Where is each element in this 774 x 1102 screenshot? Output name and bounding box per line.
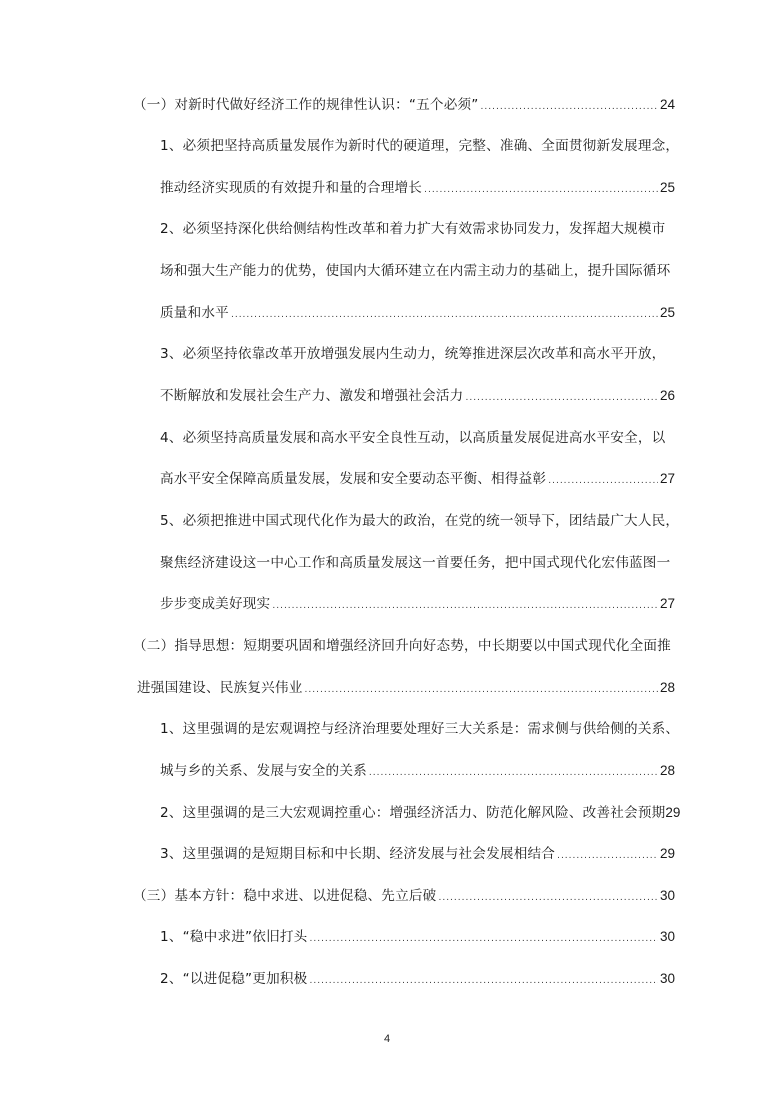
toc-entry-title: 步步变成美好现实 [160,593,270,615]
toc-entry-1-2-line-1[interactable]: 2、必须坚持深化供给侧结构性改革和着力扩大有效需求协同发力，发挥超大规模市 [160,218,675,240]
toc-entry-2-2[interactable]: 2、这里强调的是三大宏观调控重心：增强经济活力、防范化解风险、改善社会预期 29 [160,802,690,824]
toc-entry-title: 推动经济实现质的有效提升和量的合理增长 [160,177,422,199]
toc-page-number: 28 [660,760,675,782]
toc-page-number: 29 [665,802,680,824]
toc-entry-section-2-line-2[interactable]: 进强国建设、民族复兴伟业 28 [137,677,675,699]
toc-leader-dots [548,470,658,492]
toc-page-number: 24 [660,94,675,116]
toc-entry-3-2[interactable]: 2、“以进促稳”更加积极 30 [160,968,675,990]
toc-entry-title: 3、这里强调的是短期目标和中长期、经济发展与社会发展相结合 [160,843,555,865]
toc-entry-title: （三）基本方针：稳中求进、以进促稳、先立后破 [133,885,436,907]
toc-page-number: 27 [660,468,675,490]
toc-entry-2-1-line-1[interactable]: 1、这里强调的是宏观调控与经济治理要处理好三大关系是：需求侧与供给侧的关系、 [160,718,675,740]
toc-entry-title: 城与乡的关系、发展与安全的关系 [160,760,367,782]
toc-entry-3-1[interactable]: 1、“稳中求进”依旧打头 30 [160,926,675,948]
toc-page-number: 29 [660,843,675,865]
toc-entry-title: 聚焦经济建设这一中心工作和高质量发展这一首要任务，把中国式现代化宏伟蓝图一 [160,552,670,574]
toc-leader-dots [309,970,657,992]
toc-page-number: 25 [660,302,675,324]
toc-leader-dots [231,304,658,326]
toc-leader-dots [369,762,658,784]
toc-entry-2-3[interactable]: 3、这里强调的是短期目标和中长期、经济发展与社会发展相结合 29 [160,843,675,865]
toc-entry-title: （二）指导思想：短期要巩固和增强经济回升向好态势，中长期要以中国式现代化全面推 [133,635,671,657]
page-number-footer: 4 [0,1033,774,1045]
toc-page-number: 30 [660,926,675,948]
toc-page-number: 26 [660,385,675,407]
toc-entry-title: 5、必须把推进中国式现代化作为最大的政治，在党的统一领导下，团结最广大人民， [160,510,679,532]
toc-leader-dots [309,928,657,950]
toc-leader-dots [438,887,658,909]
toc-entry-title: 1、这里强调的是宏观调控与经济治理要处理好三大关系是：需求侧与供给侧的关系、 [160,718,679,740]
toc-entry-title: 高水平安全保障高质量发展，发展和安全要动态平衡、相得益彰 [160,468,546,490]
toc-entry-title: 2、必须坚持深化供给侧结构性改革和着力扩大有效需求协同发力，发挥超大规模市 [160,218,665,240]
toc-page-number: 30 [660,885,675,907]
toc-entry-title: 4、必须坚持高质量发展和高水平安全良性互动，以高质量发展促进高水平安全，以 [160,427,665,449]
toc-entry-1-5-line-3[interactable]: 步步变成美好现实 27 [160,593,675,615]
toc-entry-title: 场和强大生产能力的优势，使国内大循环建立在内需主动力的基础上，提升国际循环 [160,260,670,282]
toc-leader-dots [481,96,658,118]
toc-leader-dots [557,845,658,867]
toc-entry-title: 2、“以进促稳”更加积极 [160,968,307,990]
toc-entry-section-2-line-1[interactable]: （二）指导思想：短期要巩固和增强经济回升向好态势，中长期要以中国式现代化全面推 [137,635,675,657]
toc-entry-1-4-line-2[interactable]: 高水平安全保障高质量发展，发展和安全要动态平衡、相得益彰 27 [160,468,675,490]
toc-entry-1-3-line-2[interactable]: 不断解放和发展社会生产力、激发和增强社会活力 26 [160,385,675,407]
toc-entry-1-1-line-1[interactable]: 1、必须把坚持高质量发展作为新时代的硬道理，完整、准确、全面贯彻新发展理念， [160,135,675,157]
toc-entry-title: 质量和水平 [160,302,229,324]
toc-entry-title: 1、必须把坚持高质量发展作为新时代的硬道理，完整、准确、全面贯彻新发展理念， [160,135,679,157]
toc-page-number: 25 [660,177,675,199]
toc-entry-1-1-line-2[interactable]: 推动经济实现质的有效提升和量的合理增长 25 [160,177,675,199]
toc-entry-title: 进强国建设、民族复兴伟业 [137,677,303,699]
toc-entry-1-2-line-2[interactable]: 场和强大生产能力的优势，使国内大循环建立在内需主动力的基础上，提升国际循环 [160,260,675,282]
toc-leader-dots [424,179,658,201]
toc-page-number: 27 [660,593,675,615]
toc-leader-dots [465,387,658,409]
toc-entry-1-3-line-1[interactable]: 3、必须坚持依靠改革开放增强发展内生动力，统筹推进深层次改革和高水平开放， [160,343,675,365]
toc-page-number: 30 [660,968,675,990]
toc-entry-section-1[interactable]: （一）对新时代做好经济工作的规律性认识：“五个必须” 24 [137,94,675,116]
toc-entry-title: 2、这里强调的是三大宏观调控重心：增强经济活力、防范化解风险、改善社会预期 [160,802,665,824]
toc-entry-title: （一）对新时代做好经济工作的规律性认识：“五个必须” [133,94,479,116]
toc-entry-2-1-line-2[interactable]: 城与乡的关系、发展与安全的关系 28 [160,760,675,782]
toc-page-number: 28 [660,677,675,699]
toc-entry-title: 3、必须坚持依靠改革开放增强发展内生动力，统筹推进深层次改革和高水平开放， [160,343,665,365]
toc-leader-dots [305,679,658,701]
document-page: （一）对新时代做好经济工作的规律性认识：“五个必须” 24 1、必须把坚持高质量… [0,0,774,1102]
toc-entry-1-4-line-1[interactable]: 4、必须坚持高质量发展和高水平安全良性互动，以高质量发展促进高水平安全，以 [160,427,675,449]
toc-entry-1-2-line-3[interactable]: 质量和水平 25 [160,302,675,324]
toc-leader-dots [272,595,658,617]
toc-entry-section-3[interactable]: （三）基本方针：稳中求进、以进促稳、先立后破 30 [137,885,675,907]
toc-entry-title: 不断解放和发展社会生产力、激发和增强社会活力 [160,385,463,407]
toc-entry-title: 1、“稳中求进”依旧打头 [160,926,307,948]
toc-entry-1-5-line-1[interactable]: 5、必须把推进中国式现代化作为最大的政治，在党的统一领导下，团结最广大人民， [160,510,675,532]
toc-entry-1-5-line-2[interactable]: 聚焦经济建设这一中心工作和高质量发展这一首要任务，把中国式现代化宏伟蓝图一 [160,552,675,574]
